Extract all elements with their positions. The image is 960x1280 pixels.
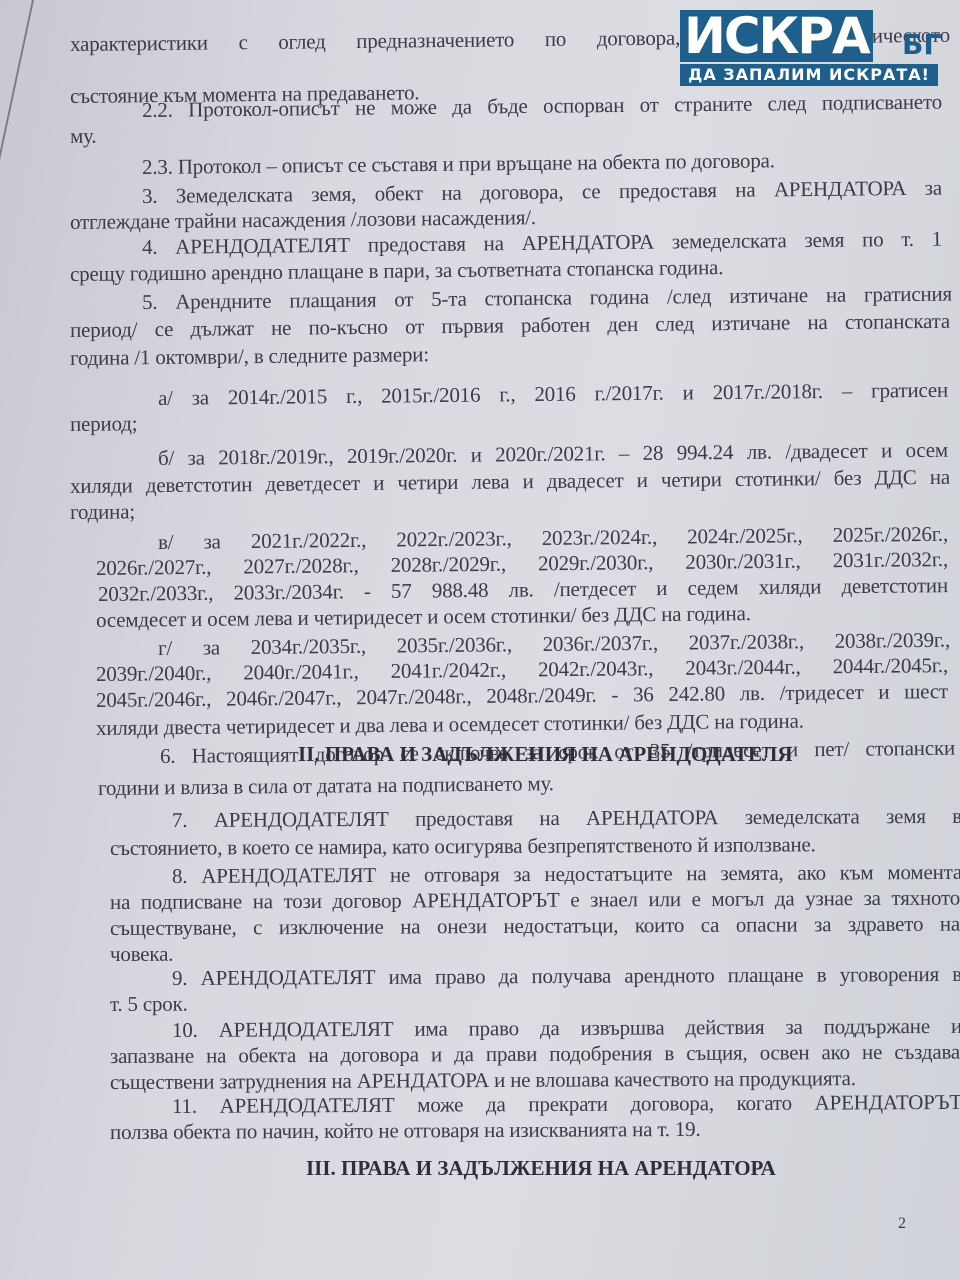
text-line: 3. Земеделската земя, обект на договора,… (142, 176, 942, 210)
text-line: му. (70, 124, 97, 149)
logo-wordmark: ИСКРА (680, 10, 873, 62)
text-line: година /1 октомври/, в следните размери: (70, 342, 429, 371)
text-line: а/ за 2014г./2015 г., 2015г./2016 г., 20… (158, 378, 948, 412)
page-number: 2 (898, 1215, 906, 1233)
text-line: година; (70, 499, 135, 525)
logo-suffix: БГ (902, 28, 941, 61)
document-page: характеристики с оглед предназначението … (0, 0, 960, 1280)
text-line: 11. АРЕНДОДАТЕЛЯТ може да прекрати догов… (172, 1090, 960, 1120)
text-line: състоянието, в което се намира, като оси… (110, 832, 816, 861)
section-heading-tenant: III. ПРАВА И ЗАДЪЛЖЕНИЯ НА АРЕНДАТОРА (306, 1156, 776, 1181)
text-line: период; (70, 411, 138, 437)
text-line: съществуване, с изключение на онези недо… (110, 912, 960, 942)
section-heading-landlord: II. ПРАВА И ЗАДЪЛЖЕНИЯ НА АРЕНДОДАТЕЛЯ (298, 742, 793, 767)
text-line: ползва обекта по начин, който не отговар… (110, 1117, 701, 1145)
text-line: човека. (110, 942, 173, 967)
logo-tagline: ДА ЗАПАЛИМ ИСКРАТА! (680, 64, 938, 86)
text-line: 2.3. Протокол – описът се съставя и при … (142, 148, 775, 180)
text-line: 9. АРЕНДОДАТЕЛЯТ има право да получава а… (172, 962, 960, 992)
paper-fold (0, 0, 34, 210)
text-line: години и влиза в сила от датата на подпи… (98, 771, 554, 801)
text-line: т. 5 срок. (110, 992, 188, 1017)
text-line: хиляди двеста четиридесет и два лева и о… (96, 709, 804, 741)
text-line: 7. АРЕНДОДАТЕЛЯТ предоставя на АРЕНДАТОР… (172, 804, 960, 834)
text-line: отглеждане трайни насаждения /лозови нас… (70, 205, 536, 235)
iskra-logo: ИСКРА БГ ДА ЗАПАЛИМ ИСКРАТА! (680, 10, 952, 88)
